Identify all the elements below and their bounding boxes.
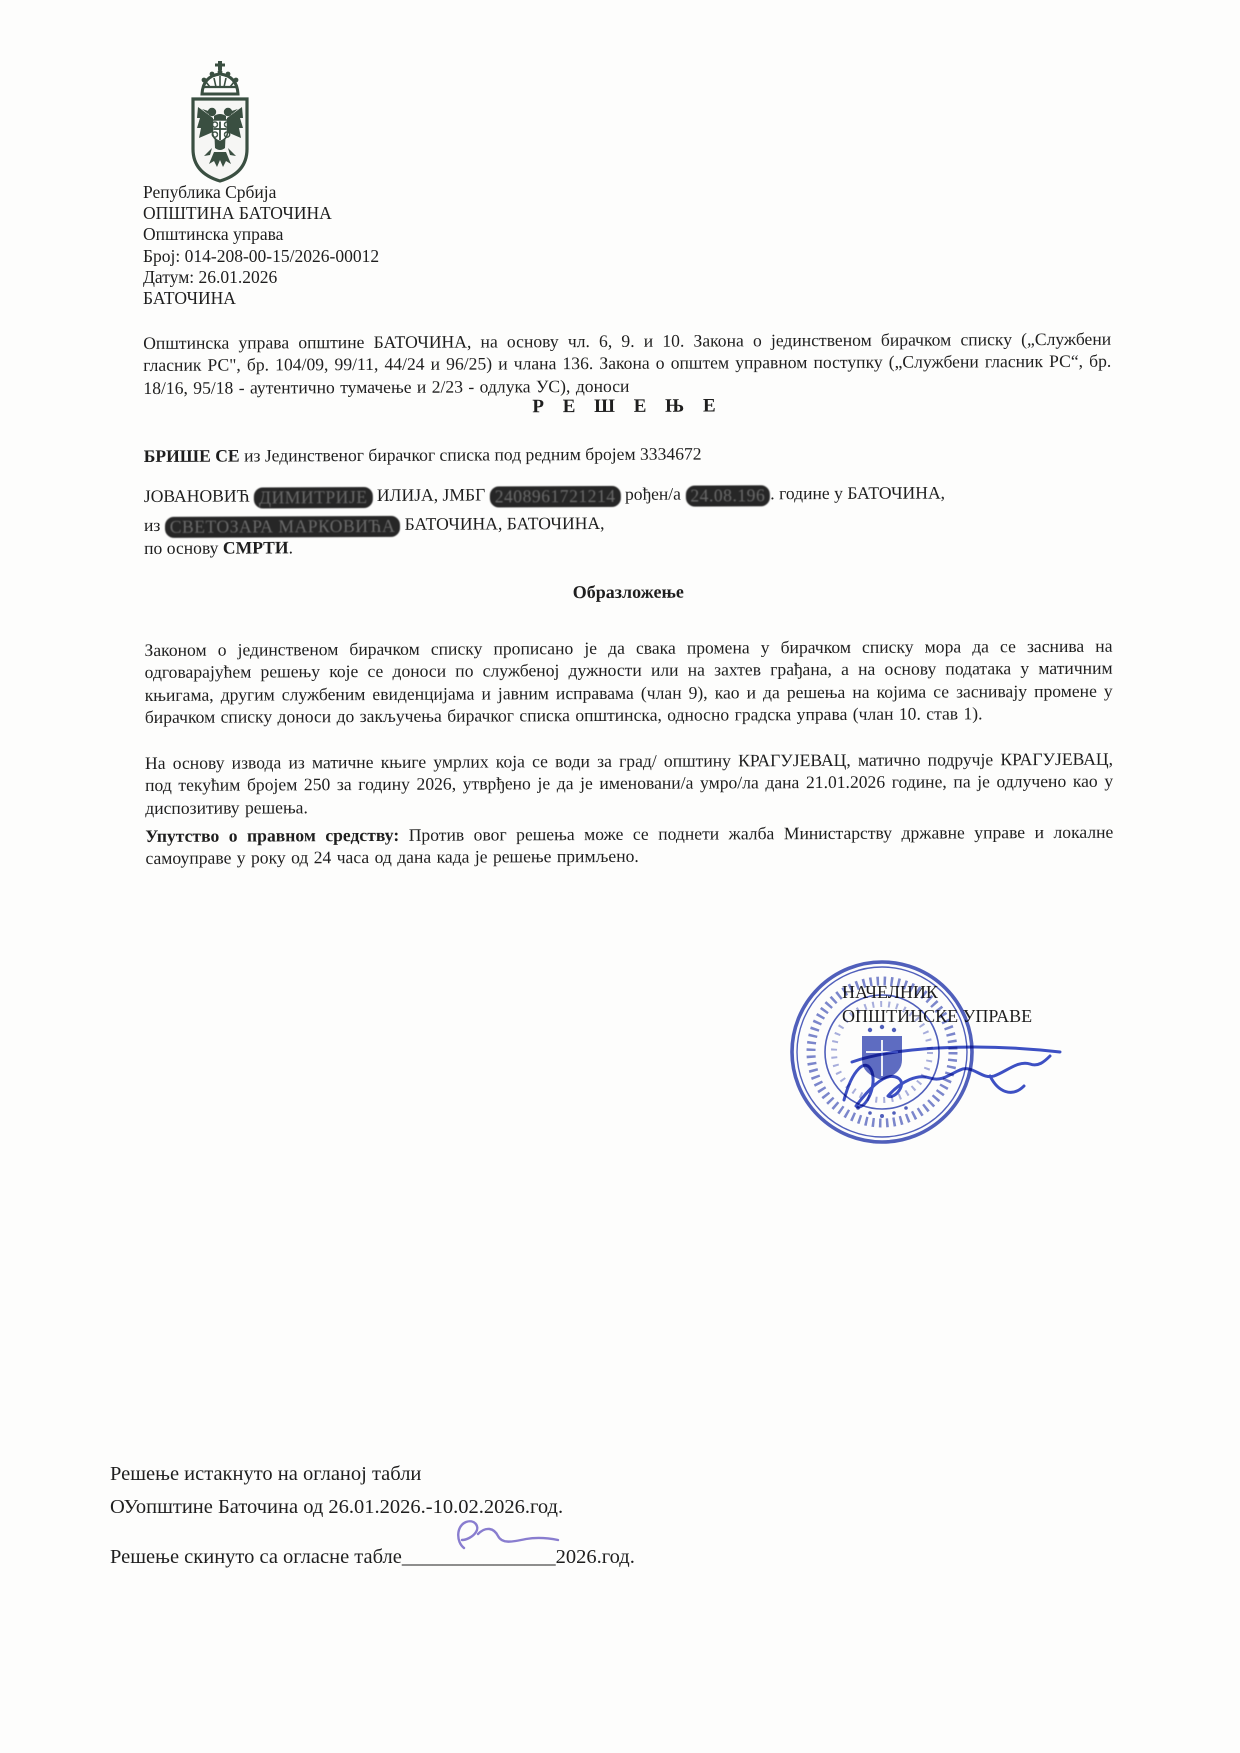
signature-scribble [822, 1022, 1072, 1132]
decision-title: Р Е Ш Е Њ Е [143, 394, 1111, 420]
subject-surname: ЈОВАНОВИЋ [144, 486, 254, 506]
disposition-line: БРИШЕ СЕ из Јединственог бирачког списка… [144, 444, 702, 467]
disposition-action: БРИШЕ СЕ [144, 446, 240, 466]
subject-from-rest: БАТОЧИНА, БАТОЧИНА, [400, 513, 604, 534]
removed-note-prefix: Решење скинуто са огласне табле [110, 1546, 402, 1568]
letterhead-date: Датум: 26.01.2026 [143, 267, 379, 288]
handwritten-initials [448, 1516, 568, 1560]
explanation-paragraph-1: Законом о јединственом бирачком списку п… [144, 634, 1112, 729]
letterhead-place: БАТОЧИНА [143, 288, 379, 309]
basis-cause: СМРТИ [223, 537, 289, 557]
redaction-address: СВЕТОЗАРА МАРКОВИЋА [165, 516, 401, 538]
disposition-rest: из Јединственог бирачког списка под редн… [240, 444, 702, 466]
subject-given-name: ИЛИЈА, ЈМБГ [372, 484, 489, 505]
scanned-decision-document: Република Србија ОПШТИНА БАТОЧИНА Општин… [0, 0, 1240, 1753]
redaction-birthdate: 24.08.196 [685, 485, 770, 506]
legal-remedy-label: Упутство о правном средству: [145, 824, 399, 845]
letterhead-country: Република Србија [143, 182, 379, 203]
letterhead-administration: Општинска управа [143, 224, 379, 245]
redaction-father-name: ДИМИТРИЈЕ [254, 487, 372, 509]
letterhead-municipality: ОПШТИНА БАТОЧИНА [143, 203, 379, 224]
explanation-heading: Образложење [144, 580, 1112, 605]
subject-born-label: рођен/а [621, 484, 686, 504]
posted-note-line1: Решење истакнуто на огланој табли [110, 1458, 635, 1491]
serbia-coat-of-arms-icon [176, 60, 264, 186]
basis-line: по основу СМРТИ. [144, 537, 293, 559]
subject-born-rest: . године у БАТОЧИНА, [770, 482, 945, 503]
basis-prefix: по основу [144, 538, 223, 558]
legal-remedy-paragraph: Упутство о правном средству: Против овог… [145, 820, 1113, 869]
basis-suffix: . [289, 537, 293, 557]
letterhead-case-number: Број: 014-208-00-15/2026-00012 [143, 246, 379, 267]
letterhead: Република Србија ОПШТИНА БАТОЧИНА Општин… [143, 182, 379, 309]
subject-lines: ЈОВАНОВИЋ ДИМИТРИЈЕ ИЛИЈА, ЈМБГ 24089617… [144, 478, 1124, 540]
redaction-jmbg: 2408961721214 [490, 486, 621, 508]
subject-from-prefix: из [144, 515, 165, 535]
explanation-paragraph-2: На основу извода из матичне књиге умрлих… [145, 747, 1113, 819]
intro-paragraph: Општинска управа општине БАТОЧИНА, на ос… [143, 327, 1111, 399]
